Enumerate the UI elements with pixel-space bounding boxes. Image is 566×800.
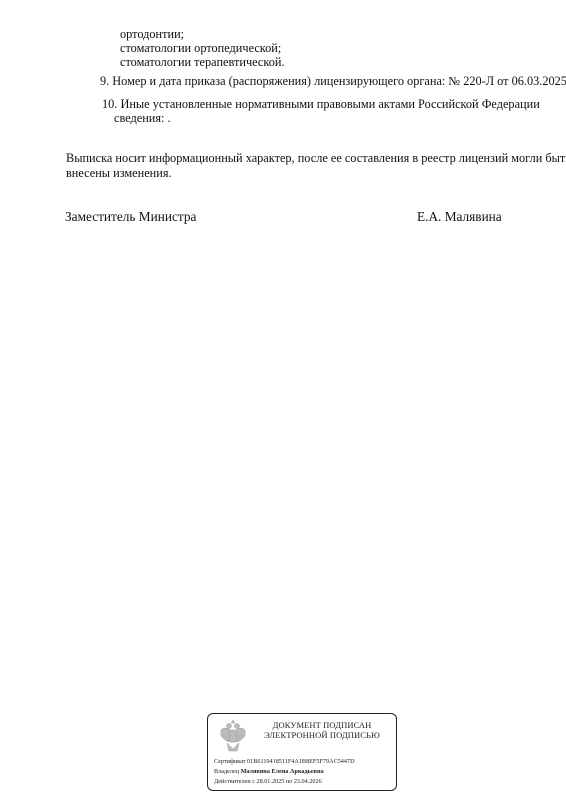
signer-name: Е.А. Малявина: [417, 210, 502, 224]
note-line-2: внесены изменения.: [66, 166, 172, 180]
validity-label: Действителен: [214, 778, 251, 785]
certificate-label: Сертификат: [214, 758, 246, 765]
stamp-title-line-1: ДОКУМЕНТ ПОДПИСАН: [248, 720, 396, 730]
validity-row: Действителен с 28.01.2025 по 23.04.2026: [214, 778, 322, 786]
signer-title: Заместитель Министра: [65, 210, 196, 224]
stamp-title-line-2: ЭЛЕКТРОННОЙ ПОДПИСЬЮ: [248, 730, 396, 740]
sublist-item: стоматологии ортопедической;: [120, 41, 281, 55]
note-line-1: Выписка носит информационный характер, п…: [66, 151, 566, 165]
validity-value: с 28.01.2025 по 23.04.2026: [252, 778, 321, 785]
electronic-signature-stamp: ДОКУМЕНТ ПОДПИСАН ЭЛЕКТРОННОЙ ПОДПИСЬЮ С…: [207, 713, 397, 791]
sublist-item: стоматологии терапевтической.: [120, 55, 285, 69]
item-10-line-2: сведения: .: [114, 111, 171, 125]
stamp-title: ДОКУМЕНТ ПОДПИСАН ЭЛЕКТРОННОЙ ПОДПИСЬЮ: [248, 720, 396, 740]
owner-row: Владелец Малявина Елена Аркадьевна: [214, 768, 324, 776]
certificate-row: Сертификат 01B6119418511F4A1B8EF5F79AC54…: [214, 758, 355, 766]
item-10-line-1: 10. Иные установленные нормативными прав…: [102, 97, 540, 111]
sublist-item: ортодонтии;: [120, 27, 184, 41]
owner-value: Малявина Елена Аркадьевна: [241, 768, 324, 775]
item-9: 9. Номер и дата приказа (распоряжения) л…: [100, 74, 566, 88]
coat-of-arms-icon: [218, 718, 248, 756]
owner-label: Владелец: [214, 768, 239, 775]
certificate-value: 01B6119418511F4A1B8EF5F79AC5447D: [247, 758, 355, 765]
